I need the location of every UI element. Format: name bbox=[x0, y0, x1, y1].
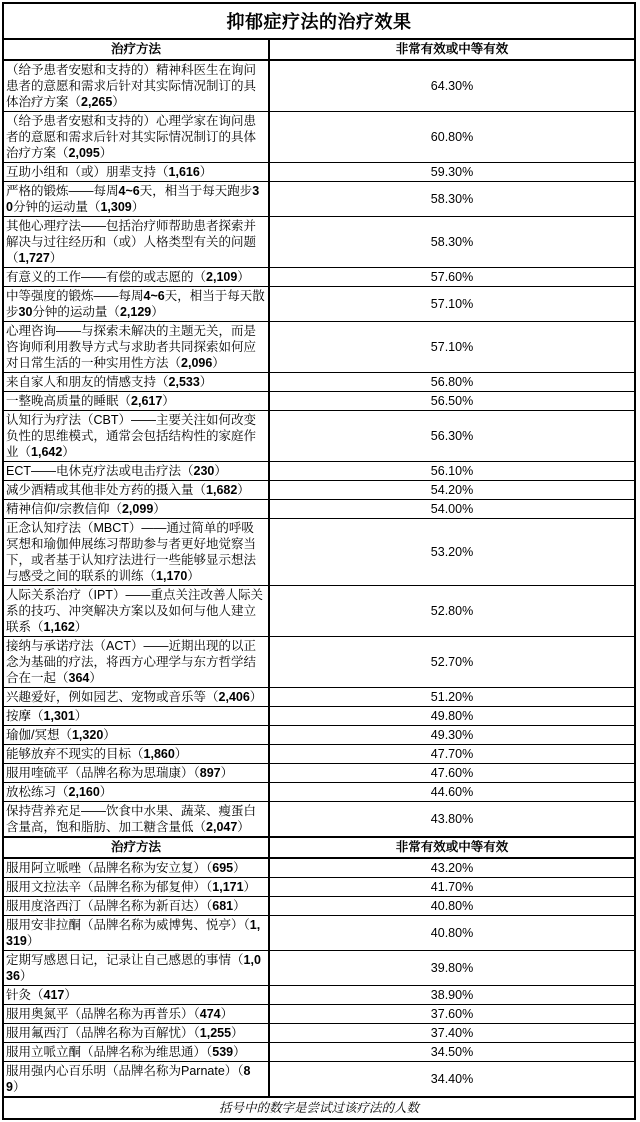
method-cell: （给予患者安慰和支持的）心理学家在询问患者的意愿和需求后针对其实际情况制订的具体… bbox=[3, 112, 269, 163]
table-row: 放松练习（2,160）44.60% bbox=[3, 783, 635, 802]
table-row: 定期写感恩日记，记录让自己感恩的事情（1,036）39.80% bbox=[3, 951, 635, 986]
value-cell: 57.10% bbox=[269, 322, 635, 373]
column-header-effectiveness: 非常有效或中等有效 bbox=[269, 837, 635, 858]
table-row: 互助小组和（或）朋辈支持（1,616）59.30% bbox=[3, 163, 635, 182]
method-cell: 保持营养充足——饮食中水果、蔬菜、瘦蛋白含量高，饱和脂肪、加工糖含量低（2,04… bbox=[3, 802, 269, 838]
table-body: 治疗方法非常有效或中等有效（给予患者安慰和支持的）精神科医生在询问患者的意愿和需… bbox=[3, 39, 635, 1097]
method-cell: 正念认知疗法（MBCT）——通过简单的呼吸冥想和瑜伽伸展练习帮助参与者更好地觉察… bbox=[3, 519, 269, 586]
method-cell: 兴趣爱好，例如园艺、宠物或音乐等（2,406） bbox=[3, 688, 269, 707]
value-cell: 47.60% bbox=[269, 764, 635, 783]
value-cell: 44.60% bbox=[269, 783, 635, 802]
value-cell: 60.80% bbox=[269, 112, 635, 163]
method-cell: 瑜伽/冥想（1,320） bbox=[3, 726, 269, 745]
method-cell: 心理咨询——与探索未解决的主题无关，而是咨询师利用教导方式与求助者共同探索如何应… bbox=[3, 322, 269, 373]
method-cell: 有意义的工作——有偿的或志愿的（2,109） bbox=[3, 268, 269, 287]
column-header-row: 治疗方法非常有效或中等有效 bbox=[3, 837, 635, 858]
table-foot: 括号中的数字是尝试过该疗法的人数 bbox=[3, 1097, 635, 1119]
value-cell: 49.30% bbox=[269, 726, 635, 745]
value-cell: 43.80% bbox=[269, 802, 635, 838]
table-row: 人际关系治疗（IPT）——重点关注改善人际关系的技巧、冲突解决方案以及如何与他人… bbox=[3, 586, 635, 637]
table-row: （给予患者安慰和支持的）心理学家在询问患者的意愿和需求后针对其实际情况制订的具体… bbox=[3, 112, 635, 163]
title-row: 抑郁症疗法的治疗效果 bbox=[3, 3, 635, 39]
value-cell: 56.10% bbox=[269, 462, 635, 481]
table-row: 服用立哌立酮（品牌名称为维思通）（539）34.50% bbox=[3, 1043, 635, 1062]
table-row: 服用阿立哌唑（品牌名称为安立复）（695）43.20% bbox=[3, 858, 635, 878]
method-cell: 服用强内心百乐明（品牌名称为Parnate）（89） bbox=[3, 1062, 269, 1098]
method-cell: 人际关系治疗（IPT）——重点关注改善人际关系的技巧、冲突解决方案以及如何与他人… bbox=[3, 586, 269, 637]
treatment-effectiveness-table: 抑郁症疗法的治疗效果 治疗方法非常有效或中等有效（给予患者安慰和支持的）精神科医… bbox=[2, 2, 636, 1120]
table-row: 其他心理疗法——包括治疗师帮助患者探索并解决与过往经历和（或）人格类型有关的问题… bbox=[3, 217, 635, 268]
footnote-row: 括号中的数字是尝试过该疗法的人数 bbox=[3, 1097, 635, 1119]
method-cell: 减少酒精或其他非处方药的摄入量（1,682） bbox=[3, 481, 269, 500]
value-cell: 47.70% bbox=[269, 745, 635, 764]
table-row: 针灸（417）38.90% bbox=[3, 986, 635, 1005]
value-cell: 49.80% bbox=[269, 707, 635, 726]
method-cell: 精神信仰/宗教信仰（2,099） bbox=[3, 500, 269, 519]
table-row: 服用安非拉酮（品牌名称为威博隽、悦亭）（1,319）40.80% bbox=[3, 916, 635, 951]
value-cell: 52.70% bbox=[269, 637, 635, 688]
table-row: 服用喹硫平（品牌名称为思瑞康）（897）47.60% bbox=[3, 764, 635, 783]
table-row: ECT——电休克疗法或电击疗法（230）56.10% bbox=[3, 462, 635, 481]
value-cell: 56.80% bbox=[269, 373, 635, 392]
table-row: 保持营养充足——饮食中水果、蔬菜、瘦蛋白含量高，饱和脂肪、加工糖含量低（2,04… bbox=[3, 802, 635, 838]
table-head: 抑郁症疗法的治疗效果 bbox=[3, 3, 635, 39]
method-cell: 定期写感恩日记，记录让自己感恩的事情（1,036） bbox=[3, 951, 269, 986]
method-cell: 放松练习（2,160） bbox=[3, 783, 269, 802]
table-row: 认知行为疗法（CBT）——主要关注如何改变负性的思维模式，通常会包括结构性的家庭… bbox=[3, 411, 635, 462]
table-row: 中等强度的锻炼——每周4~6天，相当于每天散步30分钟的运动量（2,129）57… bbox=[3, 287, 635, 322]
table-row: 瑜伽/冥想（1,320）49.30% bbox=[3, 726, 635, 745]
column-header-method: 治疗方法 bbox=[3, 837, 269, 858]
table-row: 一整晚高质量的睡眠（2,617）56.50% bbox=[3, 392, 635, 411]
table-row: 心理咨询——与探索未解决的主题无关，而是咨询师利用教导方式与求助者共同探索如何应… bbox=[3, 322, 635, 373]
table-row: 接纳与承诺疗法（ACT）——近期出现的以正念为基础的疗法，将西方心理学与东方哲学… bbox=[3, 637, 635, 688]
method-cell: （给予患者安慰和支持的）精神科医生在询问患者的意愿和需求后针对其实际情况制订的具… bbox=[3, 60, 269, 112]
value-cell: 57.60% bbox=[269, 268, 635, 287]
value-cell: 40.80% bbox=[269, 897, 635, 916]
method-cell: 服用奥氮平（品牌名称为再普乐）（474） bbox=[3, 1005, 269, 1024]
method-cell: 接纳与承诺疗法（ACT）——近期出现的以正念为基础的疗法，将西方心理学与东方哲学… bbox=[3, 637, 269, 688]
method-cell: 服用氟西汀（品牌名称为百解忧）（1,255） bbox=[3, 1024, 269, 1043]
method-cell: 其他心理疗法——包括治疗师帮助患者探索并解决与过往经历和（或）人格类型有关的问题… bbox=[3, 217, 269, 268]
method-cell: 中等强度的锻炼——每周4~6天，相当于每天散步30分钟的运动量（2,129） bbox=[3, 287, 269, 322]
table-title: 抑郁症疗法的治疗效果 bbox=[3, 3, 635, 39]
value-cell: 51.20% bbox=[269, 688, 635, 707]
value-cell: 56.30% bbox=[269, 411, 635, 462]
footnote: 括号中的数字是尝试过该疗法的人数 bbox=[3, 1097, 635, 1119]
table-row: 来自家人和朋友的情感支持（2,533）56.80% bbox=[3, 373, 635, 392]
value-cell: 52.80% bbox=[269, 586, 635, 637]
method-cell: 能够放弃不现实的目标（1,860） bbox=[3, 745, 269, 764]
method-cell: 按摩（1,301） bbox=[3, 707, 269, 726]
table-row: （给予患者安慰和支持的）精神科医生在询问患者的意愿和需求后针对其实际情况制订的具… bbox=[3, 60, 635, 112]
method-cell: 针灸（417） bbox=[3, 986, 269, 1005]
table-row: 减少酒精或其他非处方药的摄入量（1,682）54.20% bbox=[3, 481, 635, 500]
value-cell: 58.30% bbox=[269, 217, 635, 268]
value-cell: 43.20% bbox=[269, 858, 635, 878]
value-cell: 34.40% bbox=[269, 1062, 635, 1098]
method-cell: ECT——电休克疗法或电击疗法（230） bbox=[3, 462, 269, 481]
method-cell: 服用喹硫平（品牌名称为思瑞康）（897） bbox=[3, 764, 269, 783]
table-row: 正念认知疗法（MBCT）——通过简单的呼吸冥想和瑜伽伸展练习帮助参与者更好地觉察… bbox=[3, 519, 635, 586]
value-cell: 54.00% bbox=[269, 500, 635, 519]
value-cell: 58.30% bbox=[269, 182, 635, 217]
method-cell: 服用安非拉酮（品牌名称为威博隽、悦亭）（1,319） bbox=[3, 916, 269, 951]
value-cell: 59.30% bbox=[269, 163, 635, 182]
value-cell: 40.80% bbox=[269, 916, 635, 951]
method-cell: 一整晚高质量的睡眠（2,617） bbox=[3, 392, 269, 411]
table-row: 精神信仰/宗教信仰（2,099）54.00% bbox=[3, 500, 635, 519]
value-cell: 39.80% bbox=[269, 951, 635, 986]
table-row: 服用度洛西汀（品牌名称为新百达）（681）40.80% bbox=[3, 897, 635, 916]
method-cell: 服用阿立哌唑（品牌名称为安立复）（695） bbox=[3, 858, 269, 878]
column-header-row: 治疗方法非常有效或中等有效 bbox=[3, 39, 635, 60]
value-cell: 37.40% bbox=[269, 1024, 635, 1043]
method-cell: 来自家人和朋友的情感支持（2,533） bbox=[3, 373, 269, 392]
value-cell: 34.50% bbox=[269, 1043, 635, 1062]
value-cell: 57.10% bbox=[269, 287, 635, 322]
value-cell: 54.20% bbox=[269, 481, 635, 500]
method-cell: 认知行为疗法（CBT）——主要关注如何改变负性的思维模式，通常会包括结构性的家庭… bbox=[3, 411, 269, 462]
value-cell: 64.30% bbox=[269, 60, 635, 112]
table-row: 按摩（1,301）49.80% bbox=[3, 707, 635, 726]
table-row: 能够放弃不现实的目标（1,860）47.70% bbox=[3, 745, 635, 764]
table-row: 服用文拉法辛（品牌名称为郁复伸）（1,171）41.70% bbox=[3, 878, 635, 897]
table-row: 有意义的工作——有偿的或志愿的（2,109）57.60% bbox=[3, 268, 635, 287]
method-cell: 严格的锻炼——每周4~6天，相当于每天跑步30分钟的运动量（1,309） bbox=[3, 182, 269, 217]
table-row: 服用氟西汀（品牌名称为百解忧）（1,255）37.40% bbox=[3, 1024, 635, 1043]
table-row: 严格的锻炼——每周4~6天，相当于每天跑步30分钟的运动量（1,309）58.3… bbox=[3, 182, 635, 217]
value-cell: 41.70% bbox=[269, 878, 635, 897]
page: 抑郁症疗法的治疗效果 治疗方法非常有效或中等有效（给予患者安慰和支持的）精神科医… bbox=[0, 0, 640, 1122]
method-cell: 服用度洛西汀（品牌名称为新百达）（681） bbox=[3, 897, 269, 916]
table-row: 服用奥氮平（品牌名称为再普乐）（474）37.60% bbox=[3, 1005, 635, 1024]
method-cell: 互助小组和（或）朋辈支持（1,616） bbox=[3, 163, 269, 182]
table-row: 服用强内心百乐明（品牌名称为Parnate）（89）34.40% bbox=[3, 1062, 635, 1098]
value-cell: 53.20% bbox=[269, 519, 635, 586]
column-header-method: 治疗方法 bbox=[3, 39, 269, 60]
column-header-effectiveness: 非常有效或中等有效 bbox=[269, 39, 635, 60]
table-row: 兴趣爱好，例如园艺、宠物或音乐等（2,406）51.20% bbox=[3, 688, 635, 707]
value-cell: 56.50% bbox=[269, 392, 635, 411]
value-cell: 37.60% bbox=[269, 1005, 635, 1024]
method-cell: 服用文拉法辛（品牌名称为郁复伸）（1,171） bbox=[3, 878, 269, 897]
method-cell: 服用立哌立酮（品牌名称为维思通）（539） bbox=[3, 1043, 269, 1062]
value-cell: 38.90% bbox=[269, 986, 635, 1005]
